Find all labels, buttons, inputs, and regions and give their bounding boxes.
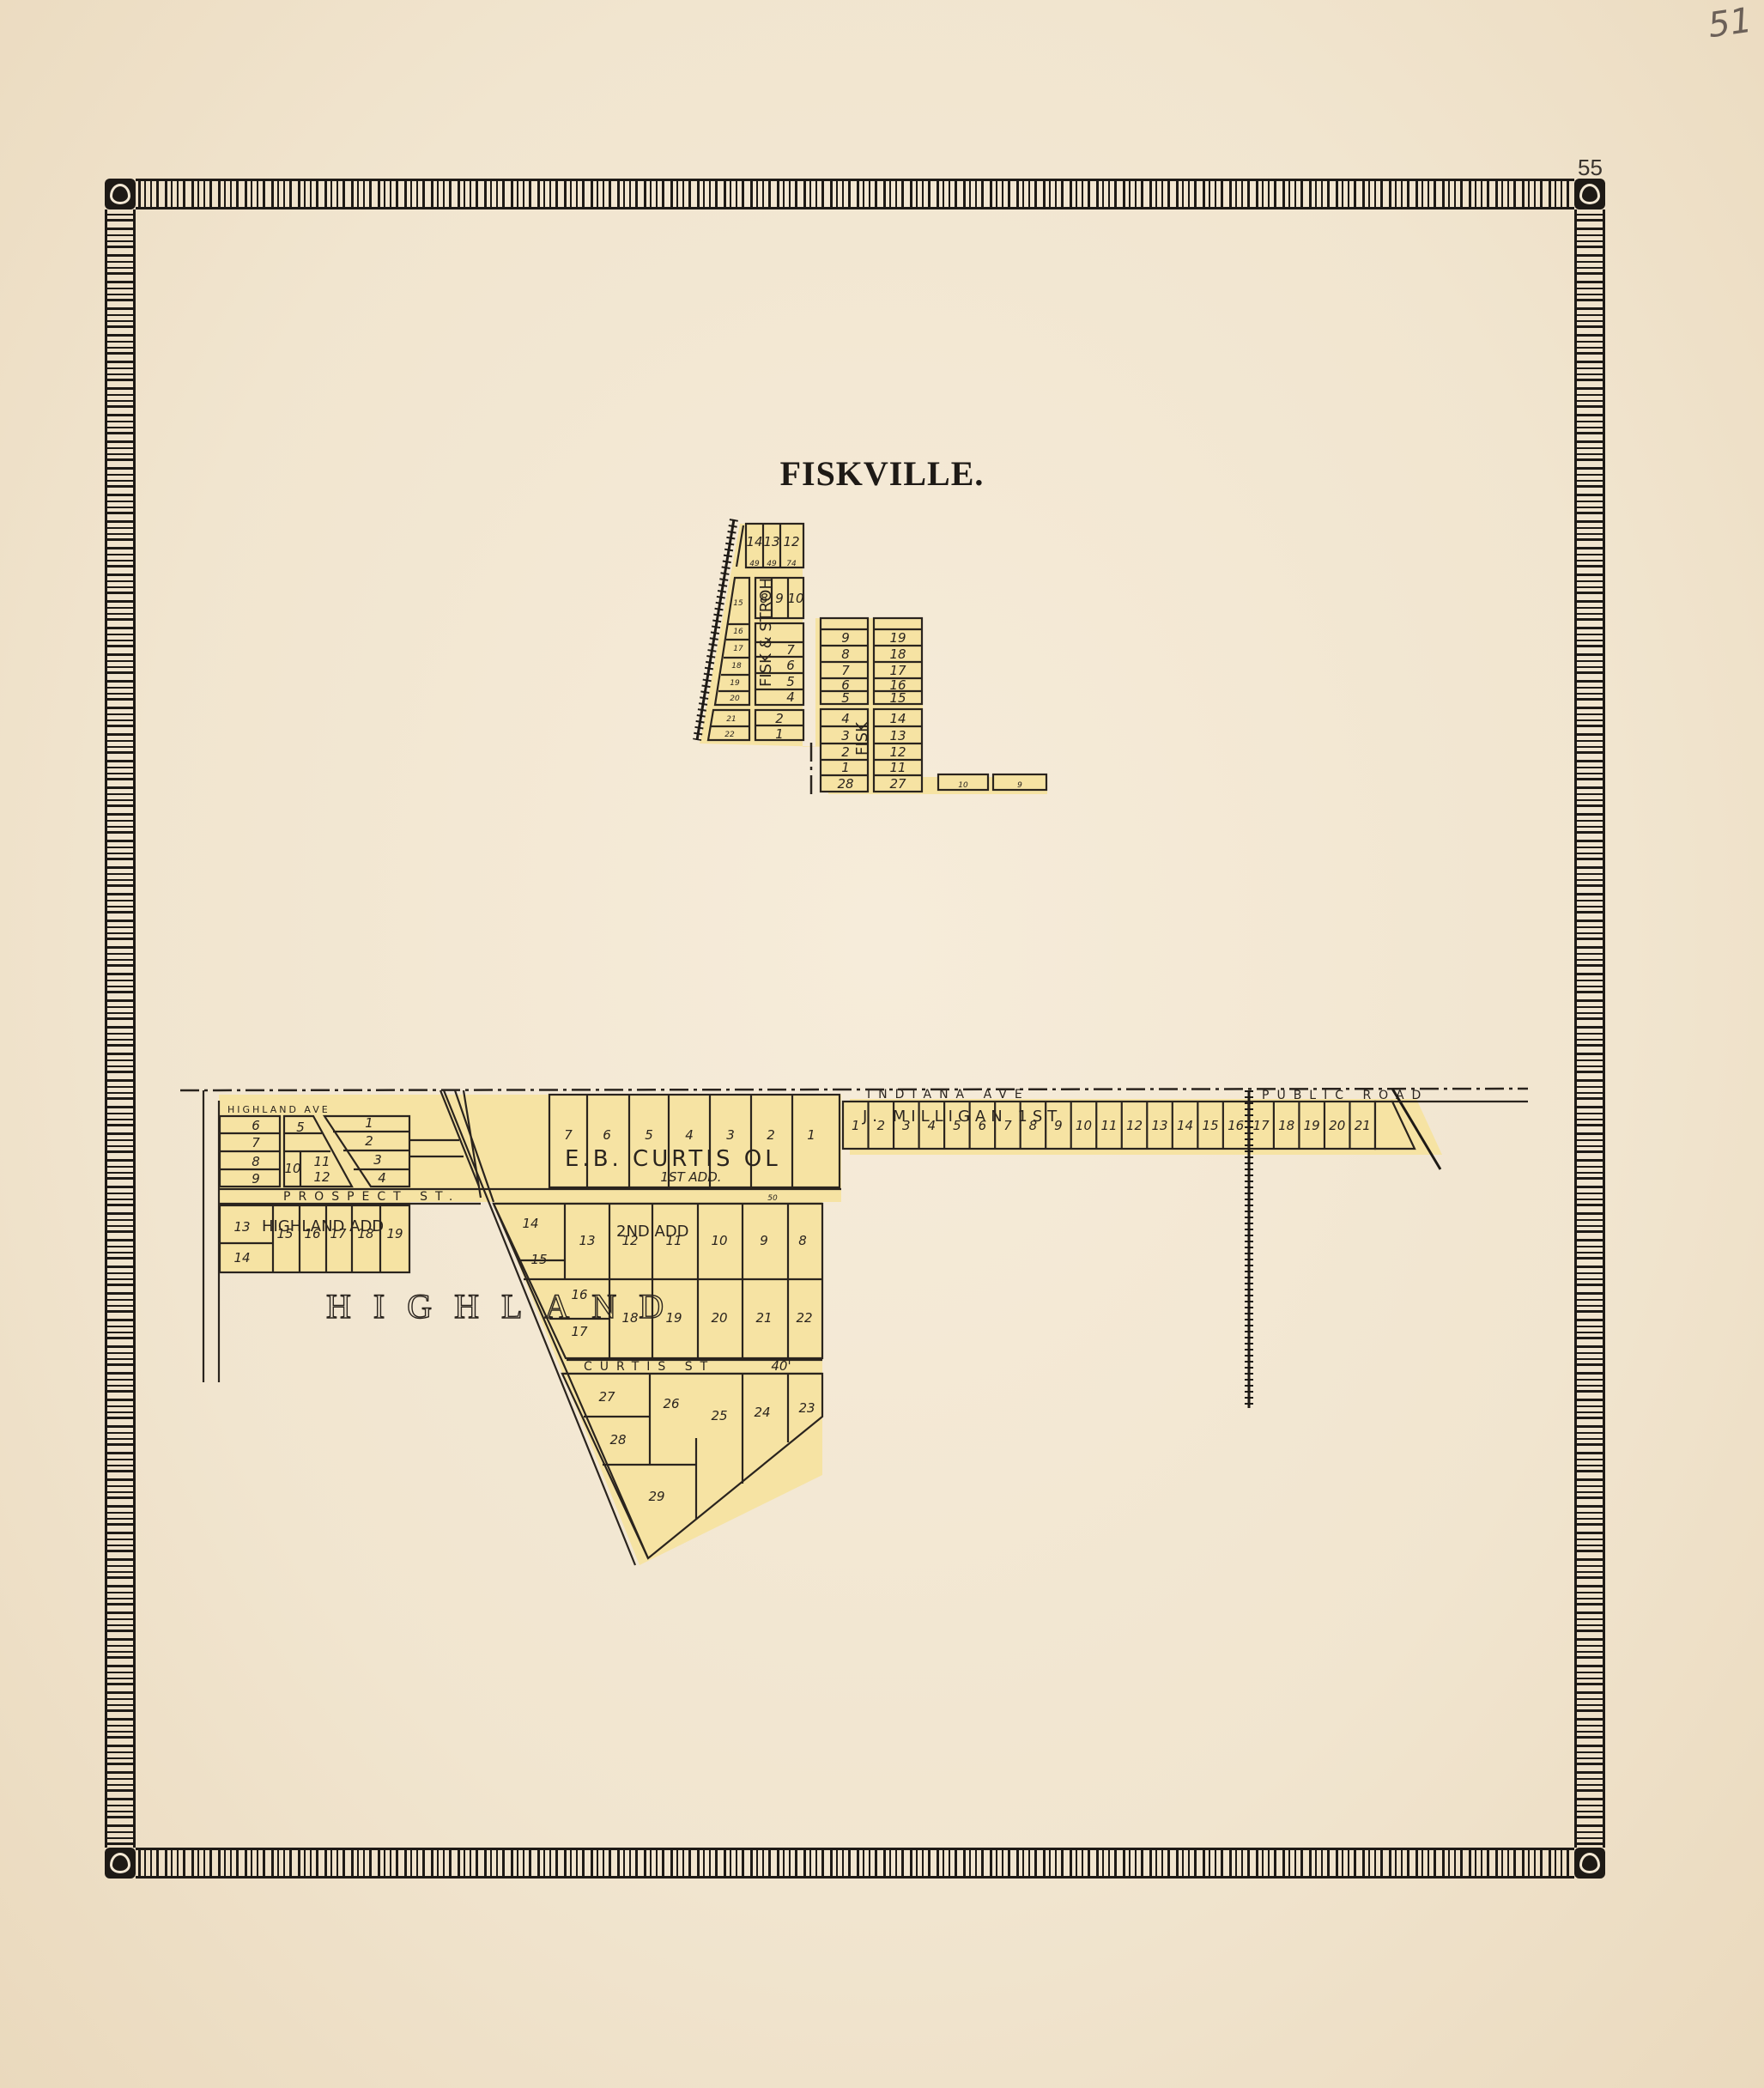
svg-text:17: 17	[733, 645, 743, 653]
street-label-public-road: PUBLIC ROAD	[1262, 1089, 1428, 1102]
svg-text:7: 7	[252, 1135, 260, 1150]
lot-number: 10	[1076, 1118, 1092, 1133]
svg-text:28: 28	[609, 1432, 626, 1448]
svg-text:18: 18	[889, 646, 906, 662]
plat-map: 14 13 12 49 49 74 15 16 17 18 19 20 21 2…	[0, 0, 1764, 2088]
label-fisk: FISK	[853, 721, 871, 756]
svg-text:2: 2	[841, 744, 850, 760]
svg-text:20: 20	[730, 695, 740, 703]
svg-text:3: 3	[841, 728, 850, 744]
svg-text:10: 10	[284, 1161, 300, 1176]
svg-text:6: 6	[603, 1127, 611, 1143]
svg-text:13: 13	[579, 1233, 595, 1248]
lot-number: 14	[1177, 1118, 1193, 1133]
svg-text:2: 2	[767, 1127, 775, 1143]
svg-text:7: 7	[841, 663, 850, 678]
svg-text:15: 15	[530, 1252, 547, 1267]
lot-number: 12	[1126, 1118, 1143, 1133]
svg-text:11: 11	[889, 760, 906, 775]
svg-text:16: 16	[733, 628, 743, 636]
svg-text:17: 17	[571, 1324, 588, 1339]
svg-text:22: 22	[796, 1310, 812, 1326]
svg-text:1: 1	[841, 760, 850, 775]
svg-text:8: 8	[252, 1154, 260, 1169]
svg-text:5: 5	[296, 1120, 305, 1135]
svg-text:27: 27	[889, 776, 906, 792]
svg-text:9: 9	[760, 1233, 768, 1248]
svg-text:3: 3	[726, 1127, 735, 1143]
label-eb-curtis-ol: E.B. CURTIS OL	[565, 1146, 781, 1172]
svg-text:7: 7	[564, 1127, 573, 1143]
svg-text:2: 2	[775, 711, 784, 726]
svg-text:49: 49	[749, 560, 760, 568]
lot-number: 14	[746, 534, 762, 549]
label-highland-add: HIGHLAND ADD	[262, 1217, 384, 1235]
town-label-highland: HIGHLAND	[326, 1287, 686, 1326]
svg-text:11: 11	[313, 1154, 330, 1169]
svg-text:15: 15	[733, 599, 743, 608]
svg-text:25: 25	[711, 1408, 727, 1423]
svg-text:14: 14	[889, 711, 906, 726]
svg-text:23: 23	[798, 1400, 815, 1416]
svg-text:27: 27	[598, 1389, 615, 1405]
svg-text:8: 8	[841, 646, 850, 662]
lot-number: 13	[1152, 1118, 1168, 1133]
svg-text:12: 12	[889, 744, 906, 760]
svg-text:2: 2	[365, 1133, 373, 1149]
svg-text:21: 21	[726, 715, 736, 724]
svg-text:24: 24	[754, 1405, 770, 1420]
svg-text:3: 3	[373, 1152, 382, 1168]
svg-text:40': 40'	[771, 1358, 791, 1374]
svg-text:1: 1	[365, 1115, 373, 1131]
lot-number: 11	[1100, 1118, 1117, 1133]
lot-number: 17	[1253, 1118, 1270, 1133]
svg-text:19: 19	[730, 679, 740, 688]
svg-text:6: 6	[252, 1118, 260, 1133]
svg-text:9: 9	[1017, 781, 1022, 790]
svg-text:4: 4	[786, 689, 795, 705]
svg-text:49: 49	[767, 560, 777, 568]
svg-text:17: 17	[889, 663, 906, 678]
svg-text:20: 20	[711, 1310, 727, 1326]
lot-number: 18	[1278, 1118, 1294, 1133]
svg-text:19: 19	[889, 630, 906, 646]
street-label-highland-ave: HIGHLAND AVE	[227, 1104, 330, 1115]
svg-text:14: 14	[233, 1250, 250, 1266]
svg-text:15: 15	[889, 690, 906, 706]
lot-number: 13	[763, 534, 779, 549]
svg-text:13: 13	[889, 728, 906, 744]
lot-number: 4	[928, 1118, 937, 1133]
svg-text:26: 26	[663, 1396, 679, 1411]
lot-number: 1	[852, 1118, 860, 1133]
lot-number: 12	[783, 534, 799, 549]
lot-number: 5	[953, 1118, 961, 1133]
svg-text:10: 10	[958, 781, 968, 790]
svg-text:8: 8	[798, 1233, 807, 1248]
lot-number: 19	[1304, 1118, 1320, 1133]
lot-number: 3	[902, 1118, 911, 1133]
svg-text:14: 14	[522, 1216, 538, 1231]
svg-text:21: 21	[755, 1310, 772, 1326]
label-first-add: 1ST ADD.	[660, 1169, 721, 1185]
svg-text:5: 5	[645, 1127, 653, 1143]
lot-number: 6	[979, 1118, 987, 1133]
svg-text:28: 28	[837, 776, 853, 792]
svg-text:29: 29	[648, 1489, 664, 1504]
label-fisk-stroh: FISK & STROH	[757, 578, 775, 687]
label-2nd-add: 2ND ADD	[616, 1223, 689, 1241]
fiskville-plat: 14 13 12 49 49 74 15 16 17 18 19 20 21 2…	[697, 519, 1047, 794]
lot-number: 16	[1228, 1118, 1244, 1133]
svg-text:19: 19	[386, 1226, 403, 1241]
svg-text:13: 13	[233, 1219, 250, 1235]
svg-text:50: 50	[767, 1194, 778, 1203]
highland-plat: INDIANA AVE PUBLIC ROAD 6 7 8 9 5 10 11 …	[180, 1088, 1528, 1565]
svg-text:10: 10	[711, 1233, 727, 1248]
svg-text:9: 9	[775, 591, 784, 606]
svg-text:22: 22	[724, 731, 735, 739]
svg-text:12: 12	[313, 1169, 330, 1185]
svg-text:9: 9	[841, 630, 850, 646]
street-label-curtis: CURTIS ST	[584, 1360, 715, 1374]
lot-number: 9	[1054, 1118, 1063, 1133]
svg-text:7: 7	[786, 642, 795, 658]
svg-text:10: 10	[787, 591, 803, 606]
street-label-prospect: PROSPECT ST.	[283, 1190, 460, 1204]
lot-number: 15	[1203, 1118, 1219, 1133]
svg-text:6: 6	[786, 658, 795, 673]
lot-number: 2	[877, 1118, 886, 1133]
lot-number: 7	[1003, 1118, 1012, 1133]
svg-text:5: 5	[786, 674, 795, 689]
lot-number: 21	[1355, 1118, 1371, 1133]
lot-number: 20	[1329, 1118, 1345, 1133]
svg-text:9: 9	[252, 1171, 260, 1187]
svg-text:5: 5	[841, 690, 850, 706]
street-label-indiana-ave: INDIANA AVE	[867, 1088, 1030, 1102]
svg-text:4: 4	[841, 711, 850, 726]
svg-text:4: 4	[685, 1127, 694, 1143]
svg-text:1: 1	[807, 1127, 815, 1143]
lot-number: 8	[1029, 1118, 1038, 1133]
svg-text:1: 1	[775, 726, 784, 742]
svg-text:4: 4	[378, 1170, 386, 1186]
svg-text:74: 74	[786, 560, 797, 568]
svg-text:18: 18	[731, 662, 742, 671]
